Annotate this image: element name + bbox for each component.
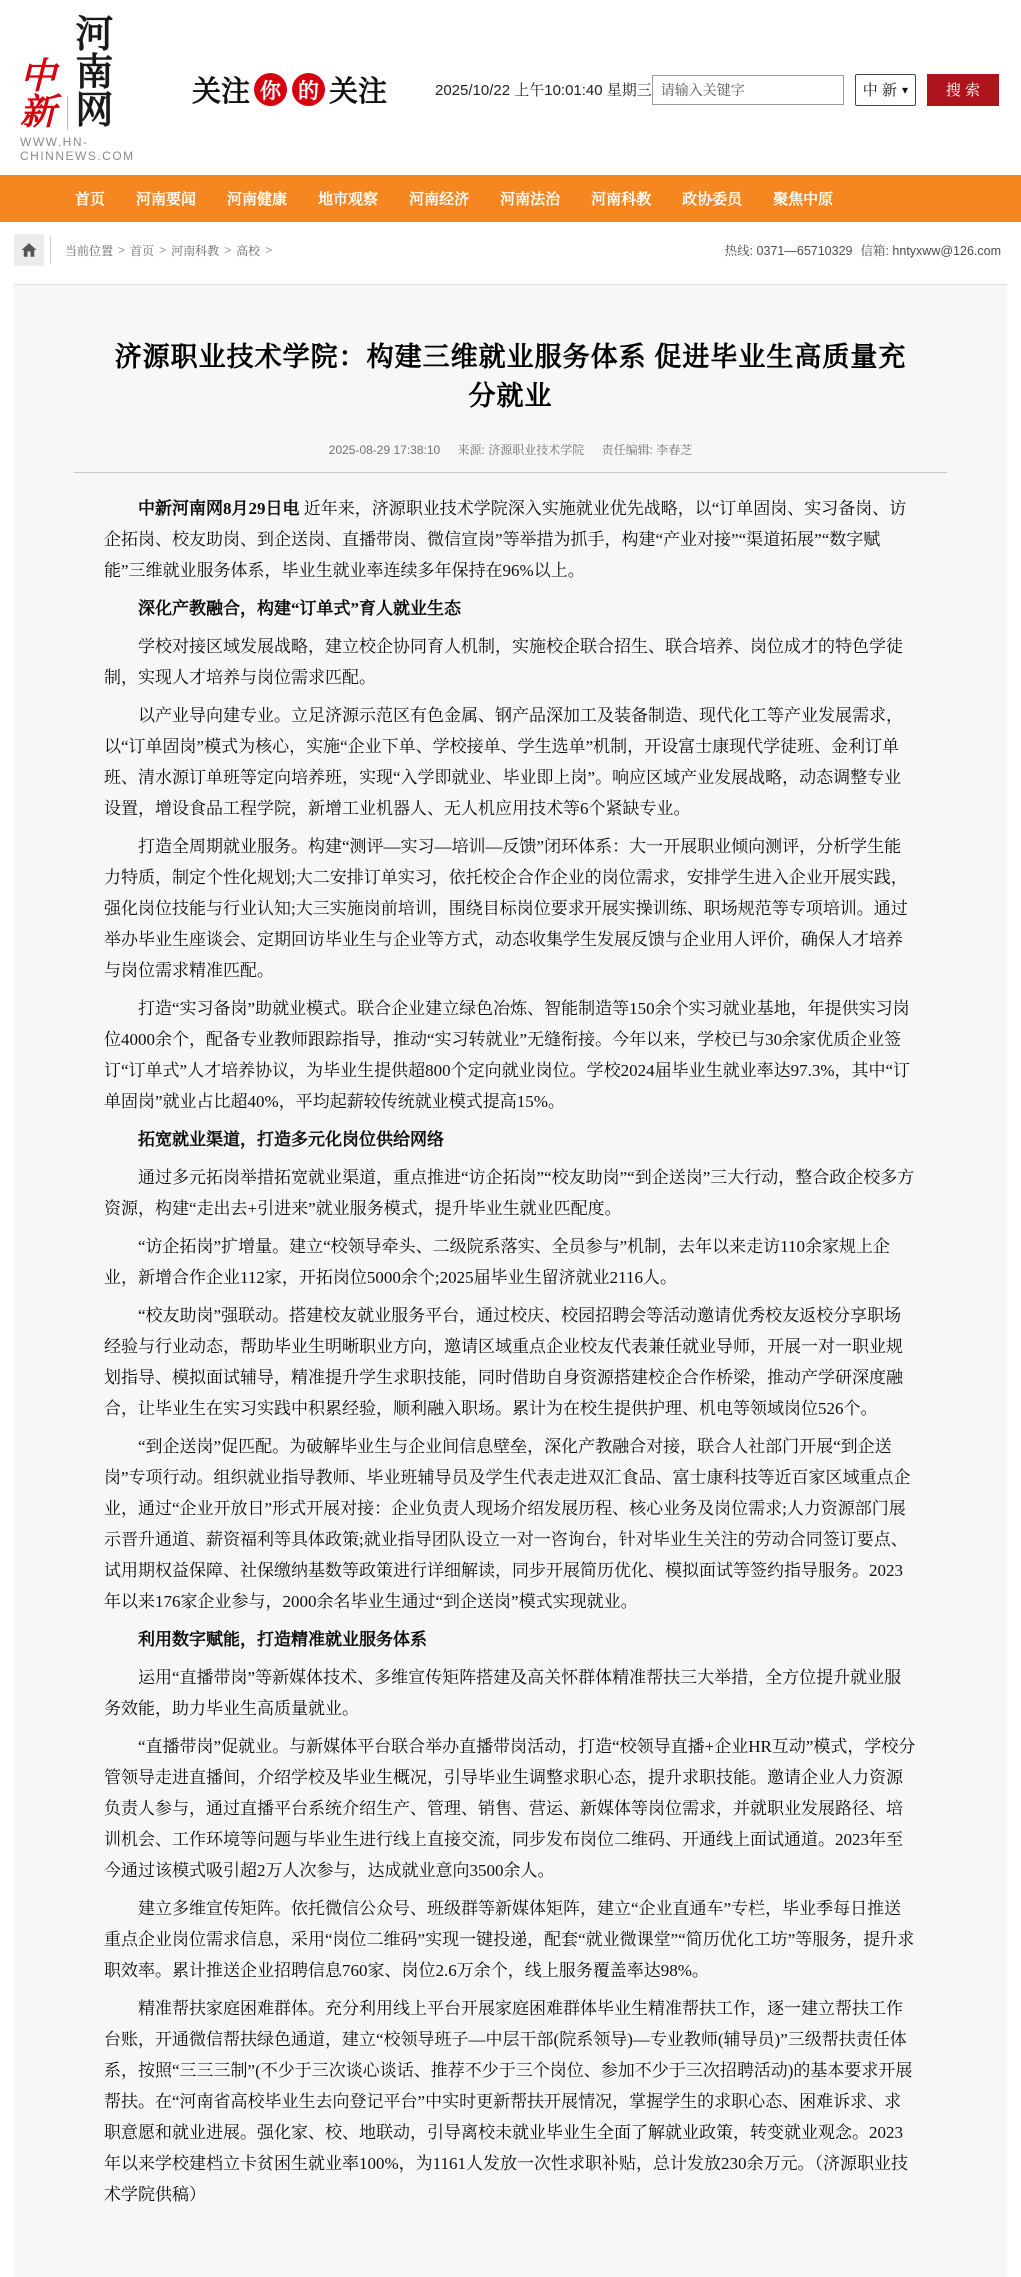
article-paragraph: 打造全周期就业服务。构建“测评—实习—培训—反馈”闭环体系：大一开展职业倾向测评… bbox=[104, 831, 917, 986]
home-icon bbox=[20, 241, 38, 259]
article-lead-dateline: 中新河南网8月29日电 bbox=[138, 499, 300, 518]
contact-info: 热线: 0371—65710329 信箱: hntyxww@126.com bbox=[725, 241, 1001, 259]
article-paragraph: “校友助岗”强联动。搭建校友就业服务平台，通过校庆、校园招聘会等活动邀请优秀校友… bbox=[104, 1300, 917, 1424]
nav-item-henan-law[interactable]: 河南法治 bbox=[500, 188, 560, 209]
article-title: 济源职业技术学院：构建三维就业服务体系 促进毕业生高质量充分就业 bbox=[104, 335, 917, 413]
article-paragraph: “访企拓岗”扩增量。建立“校领导牵头、二级院系落实、全员参与”机制，去年以来走访… bbox=[104, 1231, 917, 1293]
nav-item-city-watch[interactable]: 地市观察 bbox=[318, 188, 378, 209]
article-paragraph: “到企送岗”促匹配。为破解毕业生与企业间信息壁垒，深化产教融合对接，联合人社部门… bbox=[104, 1431, 917, 1617]
article-body: 中新河南网8月29日电 近年来，济源职业技术学院深入实施就业优先战略，以“订单固… bbox=[104, 493, 917, 2210]
site-logo[interactable]: 中新 河南网 WWW.HN-CHINNEWS.COM bbox=[20, 16, 137, 163]
logo-cn-mark: 中新 bbox=[20, 58, 59, 130]
article-paragraph: “直播带岗”促就业。与新媒体平台联合举办直播带岗活动，打造“校领导直播+企业HR… bbox=[104, 1731, 917, 1886]
article-subheading: 利用数字赋能，打造精准就业服务体系 bbox=[104, 1624, 917, 1655]
logo-divider bbox=[67, 96, 68, 130]
breadcrumb: 当前位置 > 首页 > 河南科教 > 高校 > bbox=[65, 242, 272, 259]
article-subheading: 拓宽就业渠道，打造多元化岗位供给网络 bbox=[104, 1124, 917, 1155]
breadcrumb-separator: > bbox=[118, 243, 125, 257]
main-nav: 首页 河南要闻 河南健康 地市观察 河南经济 河南法治 河南科教 政协委员 聚焦… bbox=[0, 175, 1021, 222]
home-icon-button[interactable] bbox=[14, 234, 44, 266]
hotline-text: 热线: 0371—65710329 bbox=[725, 241, 853, 259]
breadcrumb-separator: > bbox=[159, 243, 166, 257]
breadcrumb-item-henan-education[interactable]: 河南科教 bbox=[171, 242, 219, 259]
search-area: 中 新 ▾ 搜 索 bbox=[652, 74, 999, 106]
breadcrumb-item-colleges[interactable]: 高校 bbox=[236, 242, 260, 259]
nav-item-focus-zhongyuan[interactable]: 聚焦中原 bbox=[773, 188, 833, 209]
breadcrumb-label: 当前位置 bbox=[65, 242, 113, 259]
breadcrumb-divider bbox=[50, 236, 51, 264]
site-slogan: 关注 你 的 关注 bbox=[192, 69, 387, 110]
nav-item-home[interactable]: 首页 bbox=[75, 188, 105, 209]
nav-item-henan-health[interactable]: 河南健康 bbox=[227, 188, 287, 209]
article-container: 济源职业技术学院：构建三维就业服务体系 促进毕业生高质量充分就业 2025-08… bbox=[14, 284, 1007, 2277]
breadcrumb-separator: > bbox=[265, 243, 272, 257]
article-subheading: 深化产教融合，构建“订单式”育人就业生态 bbox=[104, 593, 917, 624]
article-paragraph: 运用“直播带岗”等新媒体技术、多维宣传矩阵搭建及高关怀群体精准帮扶三大举措，全方… bbox=[104, 1662, 917, 1724]
article-paragraph: 建立多维宣传矩阵。依托微信公众号、班级群等新媒体矩阵，建立“企业直通车”专栏，毕… bbox=[104, 1893, 917, 1986]
article-paragraph: 通过多元拓岗举措拓宽就业渠道，重点推进“访企拓岗”“校友助岗”“到企送岗”三大行… bbox=[104, 1162, 917, 1224]
article-paragraph: 精准帮扶家庭困难群体。充分利用线上平台开展家庭困难群体毕业生精准帮扶工作，逐一建… bbox=[104, 1993, 917, 2210]
search-input[interactable] bbox=[652, 75, 844, 105]
logo-site-name: 河南网 bbox=[75, 16, 137, 130]
chevron-down-icon: ▾ bbox=[902, 83, 908, 97]
header-datetime: 2025/10/22 上午10:01:40 星期三 bbox=[435, 79, 652, 100]
nav-item-henan-economy[interactable]: 河南经济 bbox=[409, 188, 469, 209]
logo-site-url: WWW.HN-CHINNEWS.COM bbox=[20, 135, 137, 163]
article-paragraph: 学校对接区域发展战略，建立校企协同育人机制，实施校企联合招生、联合培养、岗位成才… bbox=[104, 631, 917, 693]
article-source: 来源: 济源职业技术学院 bbox=[458, 443, 585, 457]
article-paragraph-lead: 中新河南网8月29日电 近年来，济源职业技术学院深入实施就业优先战略，以“订单固… bbox=[104, 493, 917, 586]
slogan-seal-1: 你 bbox=[254, 73, 287, 106]
breadcrumb-separator: > bbox=[224, 243, 231, 257]
breadcrumb-item-home[interactable]: 首页 bbox=[130, 242, 154, 259]
breadcrumb-bar: 当前位置 > 首页 > 河南科教 > 高校 > 热线: 0371—6571032… bbox=[0, 222, 1021, 278]
article-paragraph: 打造“实习备岗”助就业模式。联合企业建立绿色冶炼、智能制造等150余个实习就业基… bbox=[104, 993, 917, 1117]
nav-item-henan-education[interactable]: 河南科教 bbox=[591, 188, 651, 209]
nav-item-henan-news[interactable]: 河南要闻 bbox=[136, 188, 196, 209]
search-scope-value: 中 新 bbox=[863, 79, 897, 100]
slogan-text-left: 关注 bbox=[192, 69, 250, 110]
article-meta: 2025-08-29 17:38:10 来源: 济源职业技术学院 责任编辑: 李… bbox=[74, 441, 947, 473]
article-publish-time: 2025-08-29 17:38:10 bbox=[329, 443, 440, 457]
article-paragraph: 以产业导向建专业。立足济源示范区有色金属、钢产品深加工及装备制造、现代化工等产业… bbox=[104, 700, 917, 824]
mailbox-text: 信箱: hntyxww@126.com bbox=[860, 241, 1001, 259]
slogan-seal-2: 的 bbox=[292, 73, 325, 106]
search-scope-select[interactable]: 中 新 ▾ bbox=[855, 74, 916, 106]
slogan-text-right: 关注 bbox=[329, 69, 387, 110]
article-editor: 责任编辑: 李春芝 bbox=[602, 443, 693, 457]
site-header: 中新 河南网 WWW.HN-CHINNEWS.COM 关注 你 的 关注 202… bbox=[0, 0, 1021, 175]
search-button[interactable]: 搜 索 bbox=[927, 74, 999, 106]
nav-item-cppcc-members[interactable]: 政协委员 bbox=[682, 188, 742, 209]
